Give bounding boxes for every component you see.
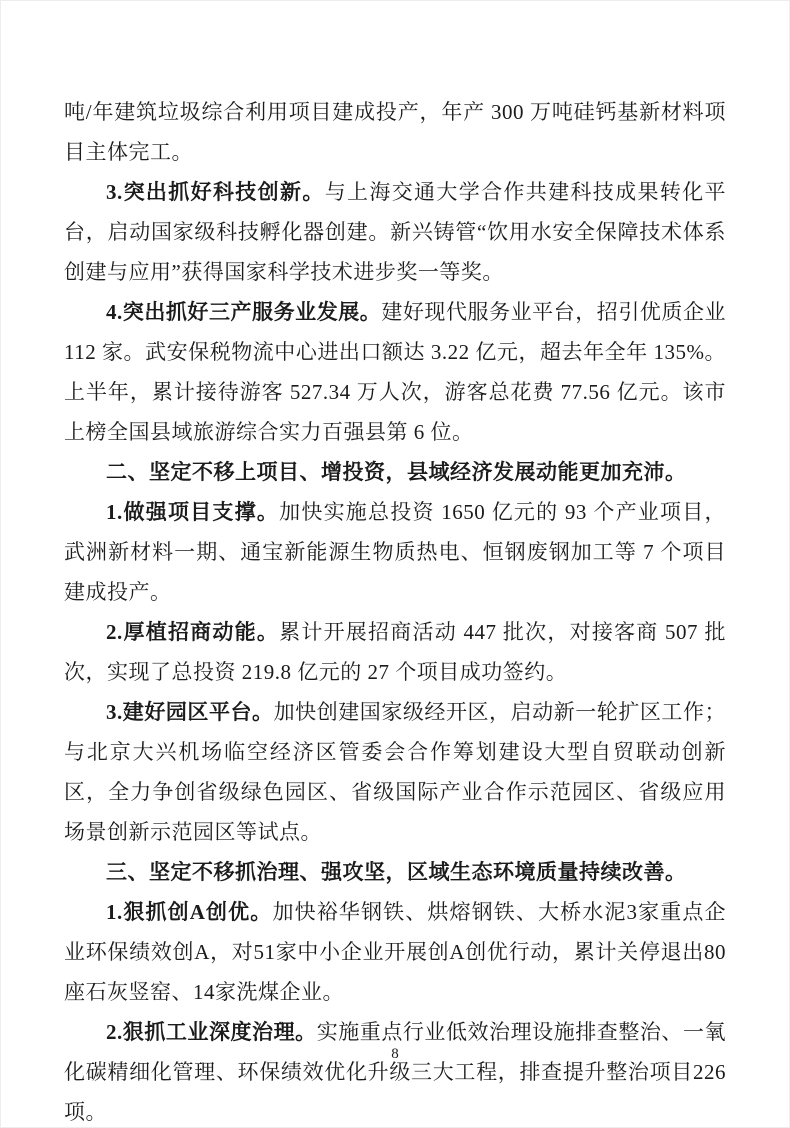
section-heading-2: 二、坚定不移上项目、增投资，县域经济发展动能更加充沛。	[64, 452, 726, 492]
paragraph-lead: 4.突出抓好三产服务业发展。	[106, 300, 381, 324]
paragraph-item-3-parks: 3.建好园区平台。加快创建国家级经开区，启动新一轮扩区工作；与北京大兴机场临空经…	[64, 692, 726, 852]
page-body-text: 吨/年建筑垃圾综合利用项目建成投产，年产 300 万吨硅钙基新材料项目主体完工。…	[64, 92, 726, 1128]
paragraph-lead: 1.狠抓创A创优。	[106, 900, 272, 924]
paragraph-text: 吨/年建筑垃圾综合利用项目建成投产，年产 300 万吨硅钙基新材料项目主体完工。	[64, 100, 726, 164]
paragraph-lead: 3.建好园区平台。	[106, 700, 274, 724]
page-number: 8	[0, 1044, 790, 1064]
paragraph-item-2-investment: 2.厚植招商动能。累计开展招商活动 447 批次，对接客商 507 批次，实现了…	[64, 612, 726, 692]
paragraph-item-2-industry-treatment: 2.狠抓工业深度治理。实施重点行业低效治理设施排查整治、一氧化碳精细化管理、环保…	[64, 1012, 726, 1128]
section-heading-text: 二、坚定不移上项目、增投资，县域经济发展动能更加充沛。	[106, 460, 687, 484]
paragraph-item-4-services: 4.突出抓好三产服务业发展。建好现代服务业平台，招引优质企业 112 家。武安保…	[64, 292, 726, 452]
paragraph-continuation: 吨/年建筑垃圾综合利用项目建成投产，年产 300 万吨硅钙基新材料项目主体完工。	[64, 92, 726, 172]
section-heading-3: 三、坚定不移抓治理、强攻坚，区域生态环境质量持续改善。	[64, 852, 726, 892]
paragraph-item-3-tech-innovation: 3.突出抓好科技创新。与上海交通大学合作共建科技成果转化平台，启动国家级科技孵化…	[64, 172, 726, 292]
paragraph-lead: 1.做强项目支撑。	[106, 500, 279, 524]
paragraph-item-1-projects: 1.做强项目支撑。加快实施总投资 1650 亿元的 93 个产业项目，武洲新材料…	[64, 492, 726, 612]
paragraph-lead: 2.狠抓工业深度治理。	[106, 1020, 317, 1044]
section-heading-text: 三、坚定不移抓治理、强攻坚，区域生态环境质量持续改善。	[106, 860, 687, 884]
paragraph-lead: 2.厚植招商动能。	[106, 620, 279, 644]
document-page: 吨/年建筑垃圾综合利用项目建成投产，年产 300 万吨硅钙基新材料项目主体完工。…	[0, 0, 790, 1128]
paragraph-lead: 3.突出抓好科技创新。	[106, 180, 325, 204]
paragraph-item-1-grade-a: 1.狠抓创A创优。加快裕华钢铁、烘熔钢铁、大桥水泥3家重点企业环保绩效创A，对5…	[64, 892, 726, 1012]
